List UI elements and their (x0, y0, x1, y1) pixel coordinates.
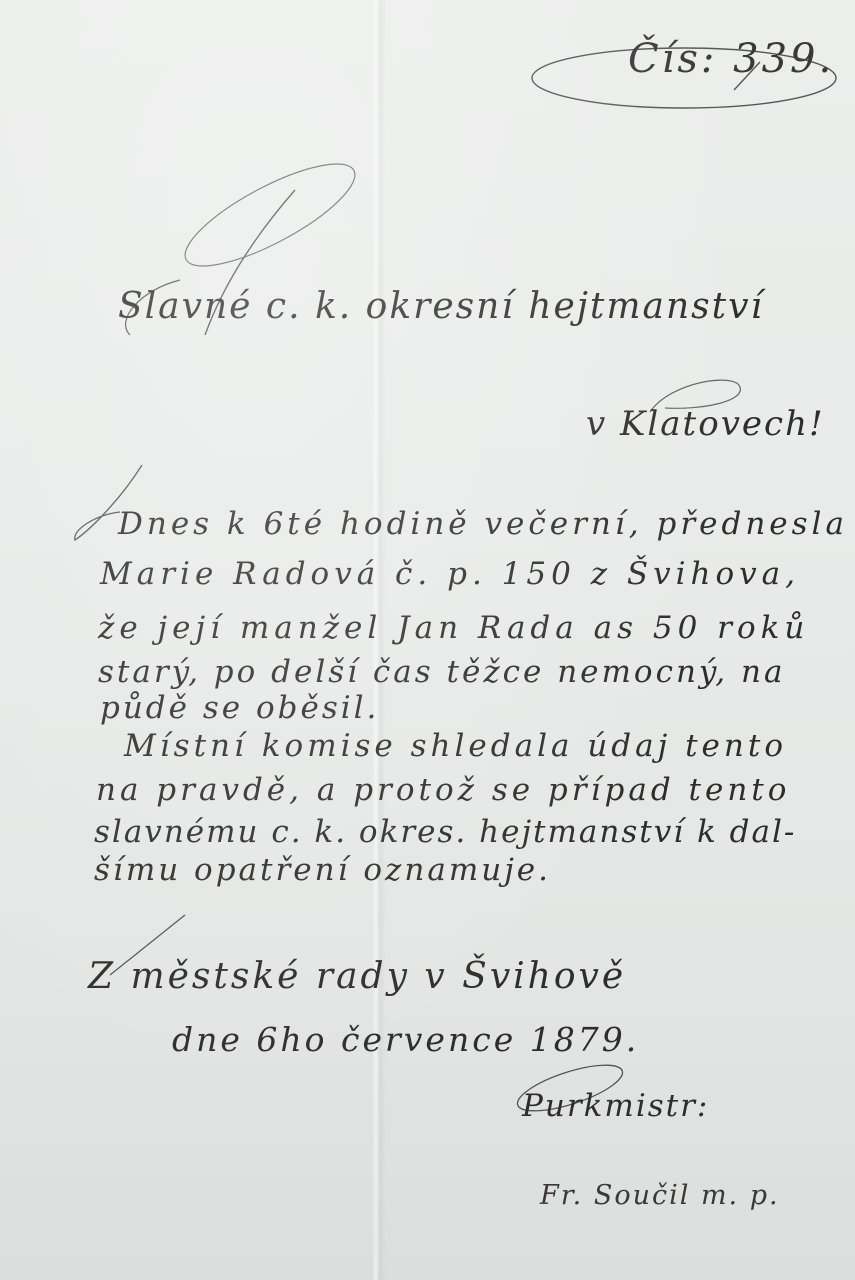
body-line-9: šímu opatření oznamuje. (94, 852, 551, 888)
closing-from: Z městské rady v Švihově (88, 956, 626, 997)
body-line-3: že její manžel Jan Rada as 50 roků (98, 610, 809, 646)
signature-title: Purkmistr: (522, 1088, 709, 1124)
body-line-1: Dnes k 6té hodině večerní, přednesla (118, 506, 848, 542)
place-line: v Klatovech! (586, 404, 825, 444)
signature-name: Fr. Součil m. p. (540, 1180, 780, 1211)
body-line-8: slavnému c. k. okres. hejtmanství k dal- (94, 814, 796, 850)
body-line-7: na pravdě, a protož se případ tento (96, 772, 790, 808)
salutation: Slavné c. k. okresní hejtmanství (118, 286, 764, 327)
body-line-2: Marie Radová č. p. 150 z Švihova, (100, 556, 800, 592)
body-line-4: starý, po delší čas těžce nemocný, na (98, 654, 785, 690)
body-line-5: půdě se oběsil. (100, 690, 379, 726)
body-line-6: Místní komise shledala údaj tento (124, 728, 787, 764)
reference-number: Čís: 339. (628, 36, 834, 82)
closing-date: dne 6ho července 1879. (172, 1020, 639, 1059)
letter-page: Čís: 339. Slavné c. k. okresní hejtmanst… (0, 0, 855, 1280)
